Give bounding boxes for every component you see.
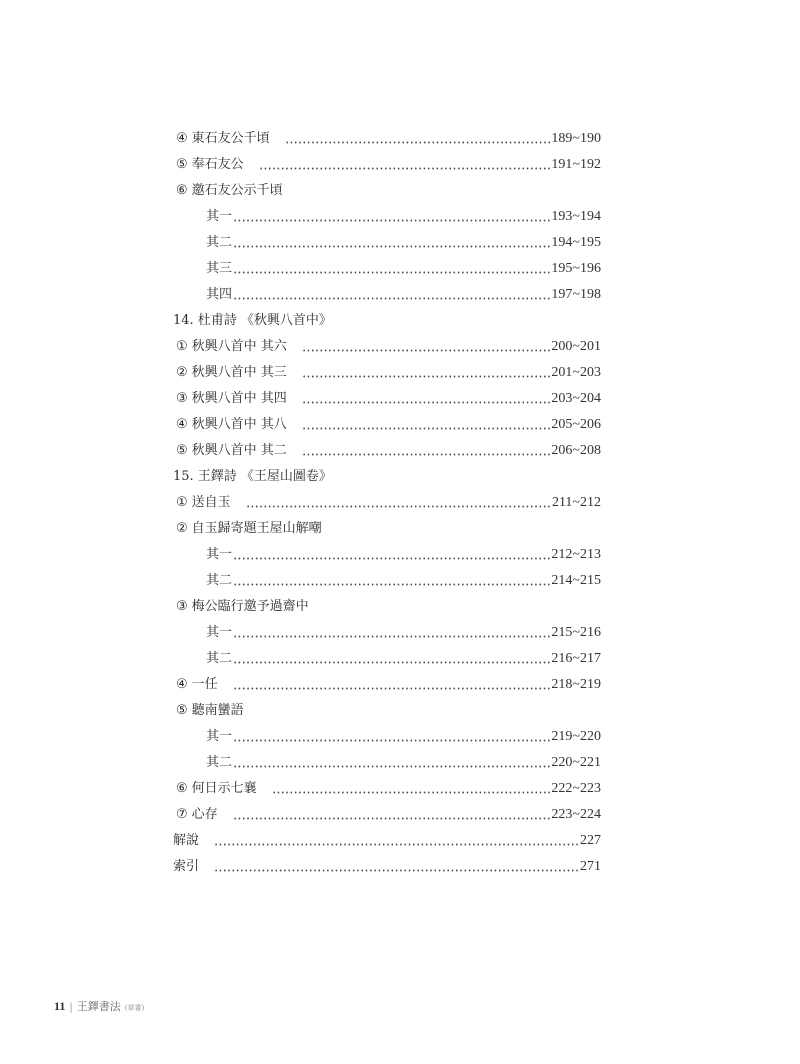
toc-entry: ②秋興八首中 其三201~203 bbox=[173, 360, 601, 386]
toc-entry-label: ③秋興八首中 其四 bbox=[176, 386, 287, 412]
dot-leader bbox=[233, 219, 550, 222]
toc-entry-title: 秋興八首中 其八 bbox=[192, 417, 287, 432]
toc-entry-number: ③ bbox=[176, 599, 188, 614]
toc-entry-title: 王鐸詩 《王屋山圖卷》 bbox=[198, 469, 332, 484]
toc-entry: 其一219~220 bbox=[173, 724, 601, 750]
dot-leader bbox=[233, 739, 550, 742]
toc-entry-pages: 195~196 bbox=[551, 256, 601, 282]
toc-entry-number: ⑦ bbox=[176, 807, 188, 822]
dot-leader bbox=[214, 869, 579, 872]
toc-entry-title: 其四 bbox=[206, 287, 232, 302]
toc-entry-number: ② bbox=[176, 521, 188, 536]
toc-entry: 15.王鐸詩 《王屋山圖卷》 bbox=[173, 464, 601, 490]
toc-entry-label: ④秋興八首中 其八 bbox=[176, 412, 287, 438]
toc-entry: 其一212~213 bbox=[173, 542, 601, 568]
toc-entry-number: ① bbox=[176, 339, 188, 354]
toc-entry: ⑥何日示七襄222~223 bbox=[173, 776, 601, 802]
toc-entry-label: ⑦心存 bbox=[176, 802, 218, 828]
toc-entry: ④秋興八首中 其八205~206 bbox=[173, 412, 601, 438]
toc-entry-title: 秋興八首中 其四 bbox=[192, 391, 287, 406]
toc-entry-title: 其三 bbox=[206, 261, 232, 276]
toc-entry-number: ⑤ bbox=[176, 443, 188, 458]
toc-entry: ⑤聽南蠻語 bbox=[173, 698, 601, 724]
toc-entry-pages: 205~206 bbox=[551, 412, 601, 438]
toc-entry-pages: 206~208 bbox=[551, 438, 601, 464]
dot-leader bbox=[233, 817, 551, 820]
toc-entry: ③梅公臨行邀予過齋中 bbox=[173, 594, 601, 620]
toc-entry-title: 秋興八首中 其三 bbox=[192, 365, 287, 380]
toc-entry-label: 其二 bbox=[206, 230, 232, 256]
toc-entry-label: 其二 bbox=[206, 750, 232, 776]
toc-entry-pages: 218~219 bbox=[551, 672, 601, 698]
toc-entry-title: 心存 bbox=[192, 807, 218, 822]
dot-leader bbox=[233, 765, 550, 768]
toc-entry-label: 其二 bbox=[206, 646, 232, 672]
toc-entry-title: 其二 bbox=[206, 235, 232, 250]
toc-entry-pages: 211~212 bbox=[552, 490, 601, 516]
toc-entry-label: 其四 bbox=[206, 282, 232, 308]
toc-entry-pages: 271 bbox=[580, 854, 601, 880]
toc-entry-title: 索引 bbox=[173, 859, 199, 874]
toc-entry-number: ⑤ bbox=[176, 157, 188, 172]
toc-entry: ⑥邀石友公示千頃 bbox=[173, 178, 601, 204]
toc-entry: 其二194~195 bbox=[173, 230, 601, 256]
dot-leader bbox=[259, 167, 551, 170]
toc-entry-title: 何日示七襄 bbox=[192, 781, 257, 796]
toc-entry-title: 杜甫詩 《秋興八首中》 bbox=[198, 313, 332, 328]
toc-entry: 其二220~221 bbox=[173, 750, 601, 776]
toc-entry-number: ⑤ bbox=[176, 703, 188, 718]
toc-entry-pages: 215~216 bbox=[551, 620, 601, 646]
dot-leader bbox=[302, 453, 551, 456]
toc-entry: ①秋興八首中 其六200~201 bbox=[173, 334, 601, 360]
toc-entry-pages: 212~213 bbox=[551, 542, 601, 568]
toc-entry-number: 15. bbox=[173, 469, 194, 484]
toc-entry-number: ④ bbox=[176, 417, 188, 432]
toc-entry-number: ④ bbox=[176, 131, 188, 146]
toc-entry: 解說227 bbox=[173, 828, 601, 854]
toc-entry: ④東石友公千頃189~190 bbox=[173, 126, 601, 152]
dot-leader bbox=[302, 349, 551, 352]
toc-entry-title: 邀石友公示千頃 bbox=[192, 183, 283, 198]
toc-entry-label: 其一 bbox=[206, 724, 232, 750]
toc-entry-title: 其二 bbox=[206, 755, 232, 770]
dot-leader bbox=[302, 375, 551, 378]
toc-entry-number: 14. bbox=[173, 313, 194, 328]
toc-entry-label: 其三 bbox=[206, 256, 232, 282]
toc-entry: ⑤秋興八首中 其二206~208 bbox=[173, 438, 601, 464]
toc-entry: 其二214~215 bbox=[173, 568, 601, 594]
dot-leader bbox=[233, 297, 550, 300]
dot-leader bbox=[272, 791, 551, 794]
book-title: 王鐸書法 bbox=[77, 998, 121, 1014]
toc-entry: ⑦心存223~224 bbox=[173, 802, 601, 828]
toc-entry-label: 索引 bbox=[173, 854, 199, 880]
toc-entry-title: 其一 bbox=[206, 625, 232, 640]
toc-entry-pages: 227 bbox=[580, 828, 601, 854]
toc-entry-pages: 201~203 bbox=[551, 360, 601, 386]
toc-entry-title: 其一 bbox=[206, 547, 232, 562]
toc-entry-label: ⑥邀石友公示千頃 bbox=[176, 178, 283, 204]
toc-entry: ③秋興八首中 其四203~204 bbox=[173, 386, 601, 412]
toc-entry: ④一任218~219 bbox=[173, 672, 601, 698]
toc-entry-label: ②自玉歸寄題王屋山解嘲 bbox=[176, 516, 322, 542]
toc-entry-number: ④ bbox=[176, 677, 188, 692]
dot-leader bbox=[302, 427, 551, 430]
dot-leader bbox=[246, 505, 551, 508]
toc-entry-title: 一任 bbox=[192, 677, 218, 692]
toc-entry-label: 其一 bbox=[206, 620, 232, 646]
toc-entry-title: 秋興八首中 其二 bbox=[192, 443, 287, 458]
toc-entry-pages: 203~204 bbox=[551, 386, 601, 412]
toc-entry-pages: 193~194 bbox=[551, 204, 601, 230]
toc-entry-title: 秋興八首中 其六 bbox=[192, 339, 287, 354]
toc-entry-title: 奉石友公 bbox=[192, 157, 244, 172]
toc-entry: 其四197~198 bbox=[173, 282, 601, 308]
toc-entry-title: 東石友公千頃 bbox=[192, 131, 270, 146]
toc-entry-label: 解說 bbox=[173, 828, 199, 854]
toc-entry: 其一215~216 bbox=[173, 620, 601, 646]
toc-entry-number: ⑥ bbox=[176, 183, 188, 198]
dot-leader bbox=[233, 635, 550, 638]
page-footer: 11 | 王鐸書法 (草書) bbox=[54, 998, 144, 1014]
toc-entry: ⑤奉石友公191~192 bbox=[173, 152, 601, 178]
book-subtitle: (草書) bbox=[125, 1003, 144, 1013]
toc-entry-label: 15.王鐸詩 《王屋山圖卷》 bbox=[173, 464, 332, 490]
toc-entry-number: ② bbox=[176, 365, 188, 380]
toc-entry: 索引271 bbox=[173, 854, 601, 880]
toc-entry: ②自玉歸寄題王屋山解嘲 bbox=[173, 516, 601, 542]
toc-entry-pages: 191~192 bbox=[551, 152, 601, 178]
toc-entry-label: ⑤秋興八首中 其二 bbox=[176, 438, 287, 464]
toc-entry-title: 其二 bbox=[206, 573, 232, 588]
toc-entry-title: 梅公臨行邀予過齋中 bbox=[192, 599, 309, 614]
toc-entry-label: ③梅公臨行邀予過齋中 bbox=[176, 594, 309, 620]
toc-entry-label: ①送自玉 bbox=[176, 490, 231, 516]
toc-entry: ①送自玉211~212 bbox=[173, 490, 601, 516]
dot-leader bbox=[233, 661, 550, 664]
toc-entry-label: ①秋興八首中 其六 bbox=[176, 334, 287, 360]
toc-entry-label: 其一 bbox=[206, 542, 232, 568]
toc-entry-label: ⑤奉石友公 bbox=[176, 152, 244, 178]
toc-entry-title: 聽南蠻語 bbox=[192, 703, 244, 718]
toc-entry: 其一193~194 bbox=[173, 204, 601, 230]
toc-entry-number: ③ bbox=[176, 391, 188, 406]
dot-leader bbox=[233, 557, 550, 560]
dot-leader bbox=[285, 141, 551, 144]
toc-entry-pages: 197~198 bbox=[551, 282, 601, 308]
toc-entry-title: 自玉歸寄題王屋山解嘲 bbox=[192, 521, 322, 536]
toc-entry-number: ① bbox=[176, 495, 188, 510]
toc-entry-pages: 200~201 bbox=[551, 334, 601, 360]
toc-entry-title: 其一 bbox=[206, 209, 232, 224]
toc-entry-title: 送自玉 bbox=[192, 495, 231, 510]
toc-entry-label: ②秋興八首中 其三 bbox=[176, 360, 287, 386]
footer-separator: | bbox=[69, 1002, 72, 1013]
toc-entry: 14.杜甫詩 《秋興八首中》 bbox=[173, 308, 601, 334]
toc-entry-pages: 189~190 bbox=[551, 126, 601, 152]
toc-entry-number: ⑥ bbox=[176, 781, 188, 796]
toc-entry-label: ④一任 bbox=[176, 672, 218, 698]
toc-entry-title: 其二 bbox=[206, 651, 232, 666]
toc-entry-label: ⑤聽南蠻語 bbox=[176, 698, 244, 724]
toc-entry-pages: 223~224 bbox=[551, 802, 601, 828]
toc-entry-title: 其一 bbox=[206, 729, 232, 744]
dot-leader bbox=[302, 401, 551, 404]
dot-leader bbox=[233, 583, 550, 586]
toc-entry-label: 其二 bbox=[206, 568, 232, 594]
page-number: 11 bbox=[54, 999, 65, 1014]
toc-entry: 其二216~217 bbox=[173, 646, 601, 672]
toc-entry-pages: 222~223 bbox=[551, 776, 601, 802]
toc-entry-label: 其一 bbox=[206, 204, 232, 230]
toc-entry-pages: 220~221 bbox=[551, 750, 601, 776]
toc-entry-pages: 216~217 bbox=[551, 646, 601, 672]
toc-entry-pages: 219~220 bbox=[551, 724, 601, 750]
dot-leader bbox=[214, 843, 579, 846]
dot-leader bbox=[233, 687, 551, 690]
toc-entry-pages: 214~215 bbox=[551, 568, 601, 594]
toc-entry: 其三195~196 bbox=[173, 256, 601, 282]
toc-entry-label: 14.杜甫詩 《秋興八首中》 bbox=[173, 308, 332, 334]
dot-leader bbox=[233, 271, 550, 274]
dot-leader bbox=[233, 245, 550, 248]
toc-entry-label: ⑥何日示七襄 bbox=[176, 776, 257, 802]
table-of-contents: ④東石友公千頃189~190⑤奉石友公191~192⑥邀石友公示千頃其一193~… bbox=[173, 126, 601, 880]
toc-entry-label: ④東石友公千頃 bbox=[176, 126, 270, 152]
toc-entry-title: 解說 bbox=[173, 833, 199, 848]
toc-entry-pages: 194~195 bbox=[551, 230, 601, 256]
